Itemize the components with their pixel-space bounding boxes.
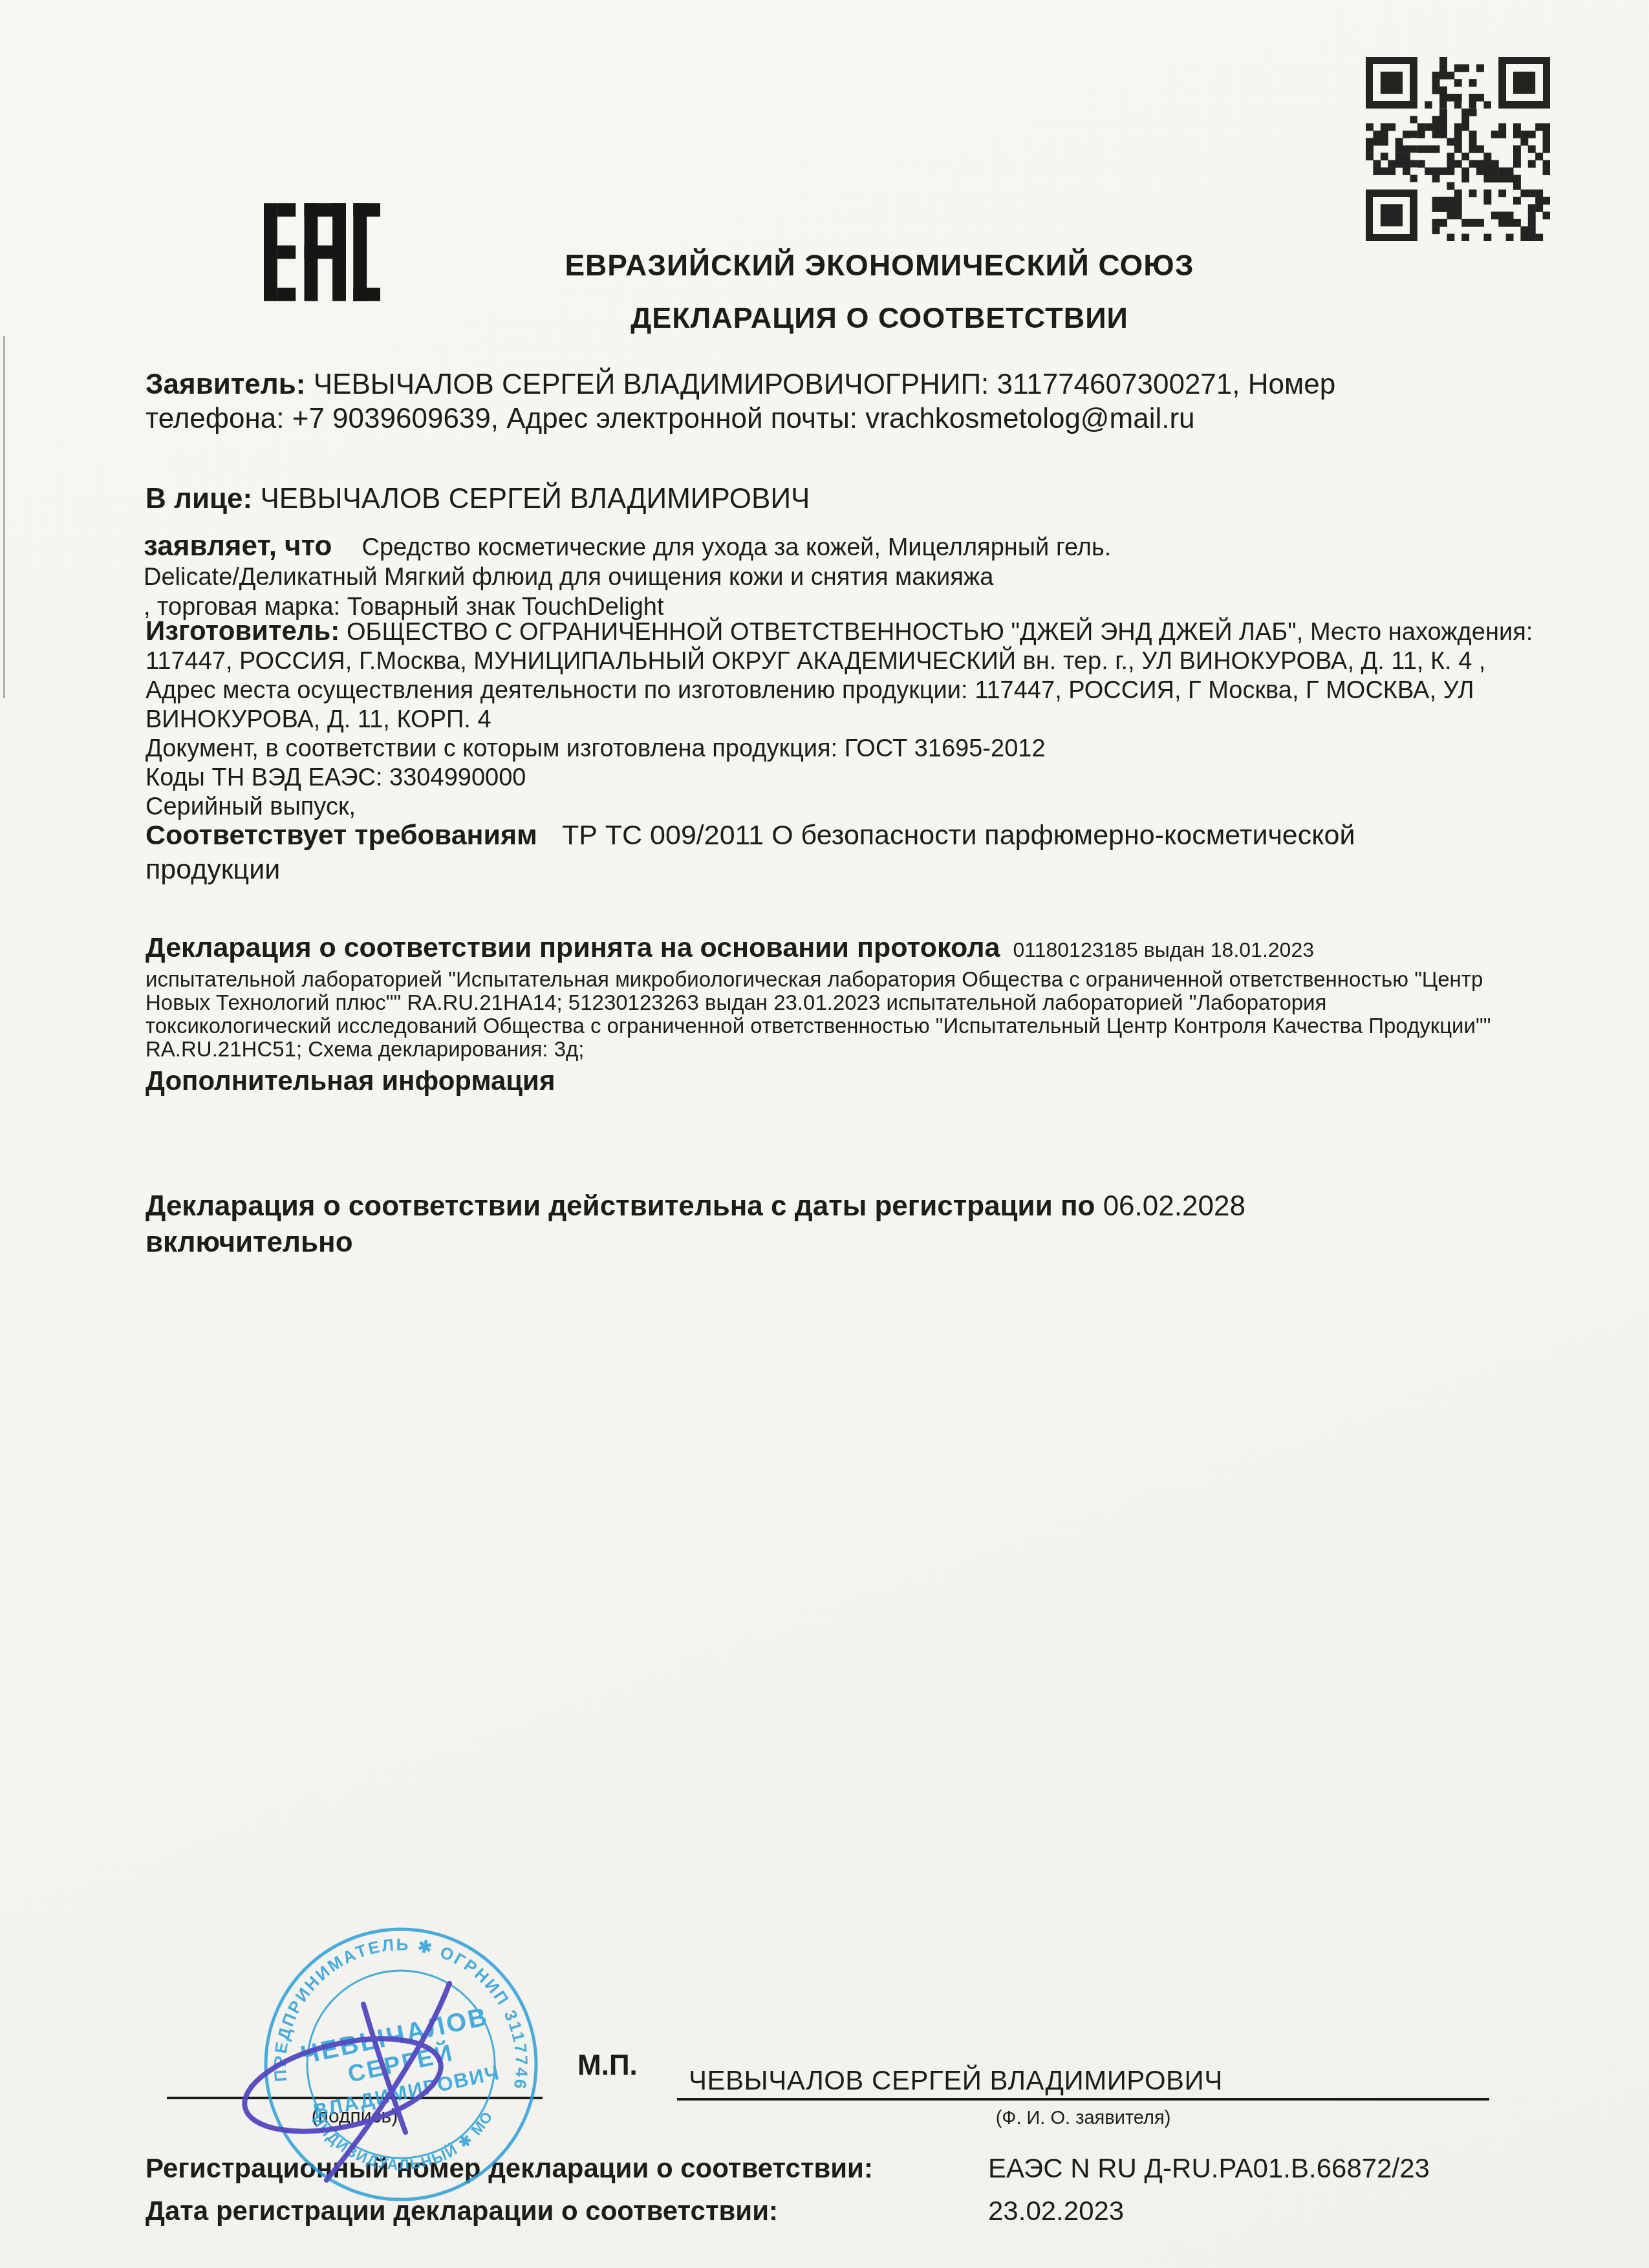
tnved-line: Коды ТН ВЭД ЕАЭС: 3304990000 — [145, 764, 1533, 793]
protocol-number: 01180123185 выдан 18.01.2023 — [1013, 938, 1314, 961]
registration-date-value: 23.02.2023 — [988, 2196, 1124, 2227]
scan-edge-artifact — [3, 336, 5, 698]
manufacturer-paragraph: Изготовитель: ОБЩЕСТВО С ОГРАНИЧЕННОЙ ОТ… — [145, 616, 1533, 822]
manufacturer-label: Изготовитель: — [145, 615, 339, 646]
validity-lead: Декларация о соответствии действительна … — [145, 1190, 1095, 1222]
stamp-place-label: М.П. — [577, 2049, 638, 2082]
basis-line1: испытательной лабораторией "Испытательна… — [145, 968, 1491, 991]
applicant-label: Заявитель: — [145, 369, 305, 400]
manufacturer-line1: ОБЩЕСТВО С ОГРАНИЧЕННОЙ ОТВЕТСТВЕННОСТЬЮ… — [347, 619, 1533, 646]
product-paragraph: заявляет, чтоСредство косметические для … — [144, 531, 1111, 622]
basis-line3: токсикологический исследований Общества … — [145, 1014, 1491, 1038]
compliance-line2: продукции — [145, 853, 1355, 887]
fio-caption: (Ф. И. О. заявителя) — [677, 2108, 1489, 2129]
validity-date: 06.02.2028 — [1103, 1190, 1245, 1222]
document-title: ДЕКЛАРАЦИЯ О СООТВЕТСТВИИ — [278, 301, 1481, 335]
additional-info-label: Дополнительная информация — [145, 1065, 555, 1097]
applicant-line2: телефона: +7 9039609639, Адрес электронн… — [145, 401, 1335, 436]
manufacturer-line3: Адрес места осуществления деятельности п… — [145, 676, 1533, 705]
qr-code — [1366, 57, 1550, 241]
representative-name: ЧЕВЫЧАЛОВ СЕРГЕЙ ВЛАДИМИРОВИЧ — [260, 483, 810, 515]
basis-label: Декларация о соответствии принята на осн… — [145, 932, 1000, 963]
basis-paragraph: Декларация о соответствии принята на осн… — [145, 930, 1491, 1061]
validity-paragraph: Декларация о соответствии действительна … — [145, 1188, 1245, 1261]
applicant-full-name: ЧЕВЫЧАЛОВ СЕРГЕЙ ВЛАДИМИРОВИЧ — [689, 2065, 1223, 2096]
representative-paragraph: В лице: ЧЕВЫЧАЛОВ СЕРГЕЙ ВЛАДИМИРОВИЧ — [145, 482, 810, 516]
basis-line2: Новых Технологий плюс"" RA.RU.21НА14; 51… — [145, 991, 1491, 1014]
validity-tail: включительно — [145, 1225, 1245, 1261]
product-line2: Delicate/Деликатный Мягкий флюид для очи… — [144, 562, 1111, 592]
compliance-label: Соответствует требованиям — [145, 820, 537, 851]
representative-label: В лице: — [145, 483, 252, 515]
handwritten-signature — [220, 1965, 491, 2198]
basis-line4: RA.RU.21НС51; Схема декларирования: 3д; — [145, 1038, 1491, 1061]
declaration-document-page: ЕВРАЗИЙСКИЙ ЭКОНОМИЧЕСКИЙ СОЮЗ ДЕКЛАРАЦИ… — [0, 0, 1649, 2268]
gost-line: Документ, в соответствии с которым изгот… — [145, 734, 1533, 764]
declares-label: заявляет, что — [144, 530, 332, 562]
applicant-paragraph: Заявитель: ЧЕВЫЧАЛОВ СЕРГЕЙ ВЛАДИМИРОВИЧ… — [145, 367, 1335, 436]
compliance-paragraph: Соответствует требованиямТР ТС 009/2011 … — [145, 818, 1355, 887]
serial-line: Серийный выпуск, — [145, 793, 1533, 822]
applicant-line1: ЧЕВЫЧАЛОВ СЕРГЕЙ ВЛАДИМИРОВИЧОГРНИП: 311… — [314, 369, 1335, 400]
product-line1: Средство косметические для ухода за коже… — [362, 534, 1112, 561]
applicant-name-line — [677, 2098, 1489, 2101]
compliance-line1: ТР ТС 009/2011 О безопасности парфюмерно… — [562, 820, 1355, 851]
manufacturer-line4: ВИНОКУРОВА, Д. 11, КОРП. 4 — [145, 705, 1533, 734]
union-title: ЕВРАЗИЙСКИЙ ЭКОНОМИЧЕСКИЙ СОЮЗ — [278, 248, 1481, 283]
manufacturer-line2: 117447, РОССИЯ, Г.Москва, МУНИЦИПАЛЬНЫЙ … — [145, 647, 1533, 676]
registration-number-value: ЕАЭС N RU Д-RU.РА01.В.66872/23 — [988, 2153, 1430, 2184]
